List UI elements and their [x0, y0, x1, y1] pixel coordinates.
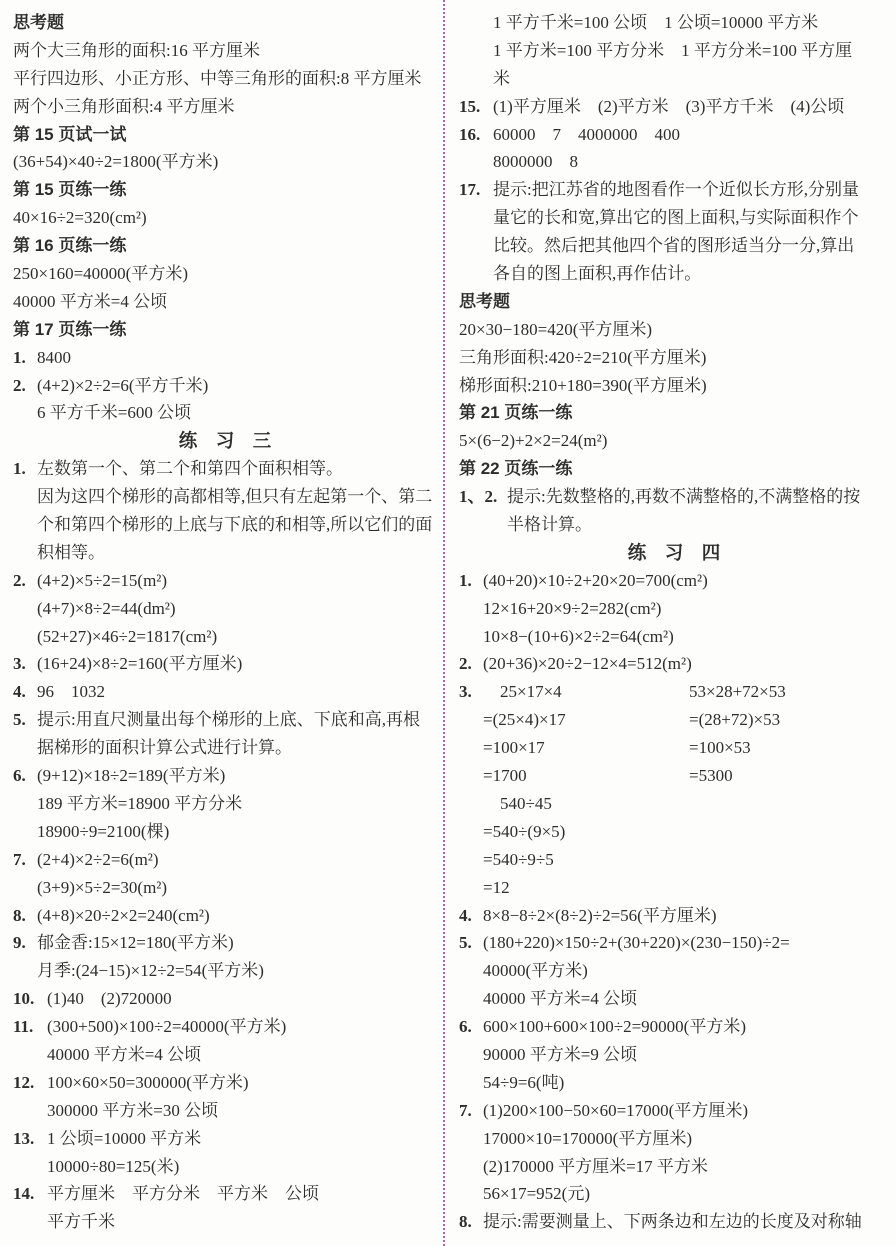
answer-line: (36+54)×40÷2=1800(平方米): [13, 148, 437, 176]
numbered-answer: 6.(9+12)×18÷2=189(平方米): [13, 762, 437, 790]
section-header: 第 17 页练一练: [13, 316, 437, 344]
answer-continuation: 540÷45: [459, 790, 889, 818]
line-text: 郁金香:15×12=180(平方米): [37, 929, 437, 957]
answer-continuation: 据梯形的面积计算公式进行计算。: [13, 734, 437, 762]
line-text: 20×30−180=420(平方厘米): [459, 316, 889, 344]
line-text: 8×8−8÷2×(8÷2)÷2=56(平方厘米): [483, 902, 889, 930]
answer-continuation: 平方千米: [13, 1208, 437, 1236]
item-number: 7.: [13, 846, 37, 874]
answer-continuation: 各自的图上面积,再作估计。: [459, 260, 889, 288]
item-number: 8.: [459, 1208, 483, 1236]
line-text: 40000 平方米=4 公顷: [483, 985, 889, 1013]
numbered-answer: 15.(1)平方厘米 (2)平方米 (3)平方千米 (4)公顷: [459, 93, 889, 121]
line-text: 左数第一个、第二个和第四个面积相等。: [37, 455, 437, 483]
worked-step: =1700=5300: [459, 762, 889, 790]
line-text: (2)170000 平方厘米=17 平方米: [483, 1153, 889, 1181]
numbered-answer: 12.100×60×50=300000(平方米): [13, 1069, 437, 1097]
work-step-left: =100×17: [483, 734, 689, 762]
line-text: 两个大三角形的面积:16 平方厘米: [13, 37, 437, 65]
section-header: 第 22 页练一练: [459, 455, 889, 483]
line-text: 300000 平方米=30 公顷: [47, 1097, 437, 1125]
line-text: =12: [483, 874, 889, 902]
answer-continuation: 因为这四个梯形的高都相等,但只有左起第一个、第二: [13, 483, 437, 511]
item-number: 5.: [13, 706, 37, 734]
answer-continuation: 17000×10=170000(平方厘米): [459, 1125, 889, 1153]
answer-continuation: =540÷9÷5: [459, 846, 889, 874]
line-text: 提示:把江苏省的地图看作一个近似长方形,分别量: [493, 176, 889, 204]
line-text: (52+27)×46÷2=1817(cm²): [37, 623, 437, 651]
numbered-answer: 7.(2+4)×2÷2=6(m²): [13, 846, 437, 874]
line-text: 思考题: [13, 9, 437, 37]
answer-continuation: 1 平方千米=100 公顷 1 公顷=10000 平方米: [459, 9, 889, 37]
line-text: (180+220)×150÷2+(30+220)×(230−150)÷2=: [483, 929, 889, 957]
line-text: 189 平方米=18900 平方分米: [37, 790, 437, 818]
item-number: 2.: [459, 650, 483, 678]
column-divider: [443, 0, 445, 1246]
line-text: 90000 平方米=9 公顷: [483, 1041, 889, 1069]
work-step-left: 25×17×4: [483, 678, 689, 706]
answer-continuation: =12: [459, 874, 889, 902]
worked-step: =100×17=100×53: [459, 734, 889, 762]
line-text: (3+9)×5÷2=30(m²): [37, 874, 437, 902]
line-text: 练 习 三: [179, 430, 272, 451]
line-text: 提示:用直尺测量出每个梯形的上底、下底和高,再根: [37, 706, 437, 734]
item-number: 3.: [13, 650, 37, 678]
exercise-title: 练 习 三: [13, 427, 437, 455]
section-header: 第 15 页试一试: [13, 121, 437, 149]
line-text: 1 公顷=10000 平方米: [47, 1125, 437, 1153]
line-text: 第 16 页练一练: [13, 232, 437, 260]
item-number: 4.: [13, 678, 37, 706]
item-number: 16.: [459, 121, 493, 149]
exercise-title: 练 习 四: [459, 539, 889, 567]
line-text: 1 平方米=100 平方分米 1 平方分米=100 平方厘: [493, 37, 889, 65]
line-text: 40×16÷2=320(cm²): [13, 204, 437, 232]
line-text: 梯形面积:210+180=390(平方厘米): [459, 372, 889, 400]
section-header: 第 21 页练一练: [459, 399, 889, 427]
item-number: 17.: [459, 176, 493, 204]
line-text: (1)平方厘米 (2)平方米 (3)平方千米 (4)公顷: [493, 93, 889, 121]
line-text: 96 1032: [37, 678, 437, 706]
line-text: (2+4)×2÷2=6(m²): [37, 846, 437, 874]
line-text: (4+8)×20÷2×2=240(cm²): [37, 902, 437, 930]
numbered-answer: 5.(180+220)×150÷2+(30+220)×(230−150)÷2=: [459, 929, 889, 957]
work-step-right: =5300: [689, 762, 889, 790]
numbered-answer: 1.(40+20)×10÷2+20×20=700(cm²): [459, 567, 889, 595]
work-step-left: =1700: [483, 762, 689, 790]
item-number: 2.: [13, 372, 37, 400]
numbered-answer: 5.提示:用直尺测量出每个梯形的上底、下底和高,再根: [13, 706, 437, 734]
answer-line: 250×160=40000(平方米): [13, 260, 437, 288]
answer-line: 5×(6−2)+2×2=24(m²): [459, 427, 889, 455]
numbered-answer: 2.(4+2)×5÷2=15(m²): [13, 567, 437, 595]
answer-continuation: 6 平方千米=600 公顷: [13, 399, 437, 427]
numbered-answer: 17.提示:把江苏省的地图看作一个近似长方形,分别量: [459, 176, 889, 204]
line-text: 18900÷9=2100(棵): [37, 818, 437, 846]
worked-step: =(25×4)×17=(28+72)×53: [459, 706, 889, 734]
answer-continuation: 1 平方米=100 平方分米 1 平方分米=100 平方厘: [459, 37, 889, 65]
answers-column-left: 思考题两个大三角形的面积:16 平方厘米平行四边形、小正方形、中等三角形的面积:…: [13, 9, 437, 1236]
line-text: 米: [493, 65, 889, 93]
answer-continuation: 10×8−(10+6)×2÷2=64(cm²): [459, 623, 889, 651]
line-text: 比较。然后把其他四个省的图形适当分一分,算出: [493, 232, 889, 260]
item-number: 10.: [13, 985, 47, 1013]
numbered-answer: 8.提示:需要测量上、下两条边和左边的长度及对称轴: [459, 1208, 889, 1236]
answer-line: 两个小三角形面积:4 平方厘米: [13, 93, 437, 121]
item-number: 1、2.: [459, 483, 507, 511]
item-number: 5.: [459, 929, 483, 957]
line-text: 600×100+600×100÷2=90000(平方米): [483, 1013, 889, 1041]
item-number: 12.: [13, 1069, 47, 1097]
numbered-answer: 13.1 公顷=10000 平方米: [13, 1125, 437, 1153]
work-step-right: =100×53: [689, 734, 889, 762]
item-number: 2.: [13, 567, 37, 595]
line-text: 半格计算。: [507, 511, 889, 539]
answer-continuation: (3+9)×5÷2=30(m²): [13, 874, 437, 902]
item-number: 11.: [13, 1013, 47, 1041]
numbered-answer: 2.(20+36)×20÷2−12×4=512(m²): [459, 650, 889, 678]
answer-continuation: 40000(平方米): [459, 957, 889, 985]
item-number: 13.: [13, 1125, 47, 1153]
item-number: 14.: [13, 1180, 47, 1208]
answer-continuation: 12×16+20×9÷2=282(cm²): [459, 595, 889, 623]
line-text: 8000000 8: [493, 148, 889, 176]
numbered-answer: 9.郁金香:15×12=180(平方米): [13, 929, 437, 957]
line-text: 10×8−(10+6)×2÷2=64(cm²): [483, 623, 889, 651]
line-text: 第 15 页试一试: [13, 121, 437, 149]
line-text: 据梯形的面积计算公式进行计算。: [37, 734, 437, 762]
line-text: 个和第四个梯形的上底与下底的和相等,所以它们的面: [37, 511, 437, 539]
answer-line: 40×16÷2=320(cm²): [13, 204, 437, 232]
line-text: 第 17 页练一练: [13, 316, 437, 344]
item-number: 7.: [459, 1097, 483, 1125]
line-text: 40000 平方米=4 公顷: [47, 1041, 437, 1069]
line-text: 60000 7 4000000 400: [493, 121, 889, 149]
item-number: 8.: [13, 902, 37, 930]
item-number: 3.: [459, 678, 483, 706]
line-text: (9+12)×18÷2=189(平方米): [37, 762, 437, 790]
line-text: 第 21 页练一练: [459, 399, 889, 427]
answers-column-right: 1 平方千米=100 公顷 1 公顷=10000 平方米1 平方米=100 平方…: [459, 9, 889, 1236]
answer-continuation: 月季:(24−15)×12÷2=54(平方米): [13, 957, 437, 985]
line-text: 量它的长和宽,算出它的图上面积,与实际面积作个: [493, 204, 889, 232]
numbered-answer: 1.8400: [13, 344, 437, 372]
numbered-answer: 6.600×100+600×100÷2=90000(平方米): [459, 1013, 889, 1041]
numbered-answer: 10.(1)40 (2)720000: [13, 985, 437, 1013]
answer-continuation: 40000 平方米=4 公顷: [459, 985, 889, 1013]
line-text: 8400: [37, 344, 437, 372]
line-text: (4+7)×8÷2=44(dm²): [37, 595, 437, 623]
line-text: 40000 平方米=4 公顷: [13, 288, 437, 316]
answer-continuation: (52+27)×46÷2=1817(cm²): [13, 623, 437, 651]
section-header: 思考题: [459, 288, 889, 316]
answer-line: 两个大三角形的面积:16 平方厘米: [13, 37, 437, 65]
line-text: 100×60×50=300000(平方米): [47, 1069, 437, 1097]
line-text: 56×17=952(元): [483, 1180, 889, 1208]
line-text: 提示:先数整格的,再数不满整格的,不满整格的按: [507, 483, 889, 511]
line-text: 平方厘米 平方分米 平方米 公顷: [47, 1180, 437, 1208]
section-header: 第 16 页练一练: [13, 232, 437, 260]
line-text: (36+54)×40÷2=1800(平方米): [13, 148, 437, 176]
answer-continuation: 54÷9=6(吨): [459, 1069, 889, 1097]
answer-continuation: (2)170000 平方厘米=17 平方米: [459, 1153, 889, 1181]
answer-continuation: 积相等。: [13, 539, 437, 567]
line-text: 练 习 四: [628, 542, 721, 563]
numbered-answer: 1.左数第一个、第二个和第四个面积相等。: [13, 455, 437, 483]
answer-line: 20×30−180=420(平方厘米): [459, 316, 889, 344]
section-header: 思考题: [13, 9, 437, 37]
answer-continuation: 189 平方米=18900 平方分米: [13, 790, 437, 818]
answer-continuation: 300000 平方米=30 公顷: [13, 1097, 437, 1125]
item-number: 1.: [459, 567, 483, 595]
line-text: 两个小三角形面积:4 平方厘米: [13, 93, 437, 121]
line-text: 10000÷80=125(米): [47, 1153, 437, 1181]
numbered-answer: 16.60000 7 4000000 400: [459, 121, 889, 149]
numbered-answer: 11.(300+500)×100÷2=40000(平方米): [13, 1013, 437, 1041]
line-text: (20+36)×20÷2−12×4=512(m²): [483, 650, 889, 678]
answer-continuation: 90000 平方米=9 公顷: [459, 1041, 889, 1069]
numbered-answer: 3. 25×17×453×28+72×53: [459, 678, 889, 706]
section-header: 第 15 页练一练: [13, 176, 437, 204]
answer-continuation: 个和第四个梯形的上底与下底的和相等,所以它们的面: [13, 511, 437, 539]
answer-continuation: 8000000 8: [459, 148, 889, 176]
answer-continuation: 比较。然后把其他四个省的图形适当分一分,算出: [459, 232, 889, 260]
line-text: 平方千米: [47, 1208, 437, 1236]
line-text: (300+500)×100÷2=40000(平方米): [47, 1013, 437, 1041]
answer-continuation: 米: [459, 65, 889, 93]
line-text: 各自的图上面积,再作估计。: [493, 260, 889, 288]
answer-continuation: (4+7)×8÷2=44(dm²): [13, 595, 437, 623]
answer-continuation: 40000 平方米=4 公顷: [13, 1041, 437, 1069]
numbered-answer: 2.(4+2)×2÷2=6(平方千米): [13, 372, 437, 400]
numbered-answer: 1、2.提示:先数整格的,再数不满整格的,不满整格的按: [459, 483, 889, 511]
answer-continuation: 56×17=952(元): [459, 1180, 889, 1208]
line-text: 1 平方千米=100 公顷 1 公顷=10000 平方米: [493, 9, 889, 37]
answer-continuation: 18900÷9=2100(棵): [13, 818, 437, 846]
line-text: 平行四边形、小正方形、中等三角形的面积:8 平方厘米: [13, 65, 437, 93]
line-text: 6 平方千米=600 公顷: [37, 399, 437, 427]
answer-line: 40000 平方米=4 公顷: [13, 288, 437, 316]
line-text: 三角形面积:420÷2=210(平方厘米): [459, 344, 889, 372]
item-number: 1.: [13, 344, 37, 372]
line-text: 12×16+20×9÷2=282(cm²): [483, 595, 889, 623]
line-text: (4+2)×2÷2=6(平方千米): [37, 372, 437, 400]
work-step-right: =(28+72)×53: [689, 706, 889, 734]
answer-continuation: 半格计算。: [459, 511, 889, 539]
answer-line: 平行四边形、小正方形、中等三角形的面积:8 平方厘米: [13, 65, 437, 93]
item-number: 15.: [459, 93, 493, 121]
line-text: 月季:(24−15)×12÷2=54(平方米): [37, 957, 437, 985]
line-text: =540÷9÷5: [483, 846, 889, 874]
answer-continuation: 10000÷80=125(米): [13, 1153, 437, 1181]
line-text: 540÷45: [483, 790, 889, 818]
answer-continuation: =540÷(9×5): [459, 818, 889, 846]
numbered-answer: 3.(16+24)×8÷2=160(平方厘米): [13, 650, 437, 678]
work-step-right: 53×28+72×53: [689, 678, 889, 706]
line-text: 54÷9=6(吨): [483, 1069, 889, 1097]
answer-book-page: 思考题两个大三角形的面积:16 平方厘米平行四边形、小正方形、中等三角形的面积:…: [0, 0, 896, 1246]
numbered-answer: 7.(1)200×100−50×60=17000(平方厘米): [459, 1097, 889, 1125]
line-text: 因为这四个梯形的高都相等,但只有左起第一个、第二: [37, 483, 437, 511]
line-text: 思考题: [459, 288, 889, 316]
line-text: (16+24)×8÷2=160(平方厘米): [37, 650, 437, 678]
line-text: (40+20)×10÷2+20×20=700(cm²): [483, 567, 889, 595]
item-number: 1.: [13, 455, 37, 483]
line-text: 第 15 页练一练: [13, 176, 437, 204]
numbered-answer: 8.(4+8)×20÷2×2=240(cm²): [13, 902, 437, 930]
line-text: 5×(6−2)+2×2=24(m²): [459, 427, 889, 455]
numbered-answer: 4.8×8−8÷2×(8÷2)÷2=56(平方厘米): [459, 902, 889, 930]
work-step-left: =(25×4)×17: [483, 706, 689, 734]
item-number: 4.: [459, 902, 483, 930]
item-number: 6.: [459, 1013, 483, 1041]
item-number: 9.: [13, 929, 37, 957]
line-text: 第 22 页练一练: [459, 455, 889, 483]
line-text: (4+2)×5÷2=15(m²): [37, 567, 437, 595]
answer-line: 梯形面积:210+180=390(平方厘米): [459, 372, 889, 400]
answer-continuation: 量它的长和宽,算出它的图上面积,与实际面积作个: [459, 204, 889, 232]
line-text: 40000(平方米): [483, 957, 889, 985]
line-text: (1)200×100−50×60=17000(平方厘米): [483, 1097, 889, 1125]
line-text: 250×160=40000(平方米): [13, 260, 437, 288]
line-text: 积相等。: [37, 539, 437, 567]
answer-line: 三角形面积:420÷2=210(平方厘米): [459, 344, 889, 372]
numbered-answer: 14.平方厘米 平方分米 平方米 公顷: [13, 1180, 437, 1208]
line-text: 提示:需要测量上、下两条边和左边的长度及对称轴: [483, 1208, 889, 1236]
line-text: (1)40 (2)720000: [47, 985, 437, 1013]
item-number: 6.: [13, 762, 37, 790]
line-text: 17000×10=170000(平方厘米): [483, 1125, 889, 1153]
line-text: =540÷(9×5): [483, 818, 889, 846]
numbered-answer: 4.96 1032: [13, 678, 437, 706]
